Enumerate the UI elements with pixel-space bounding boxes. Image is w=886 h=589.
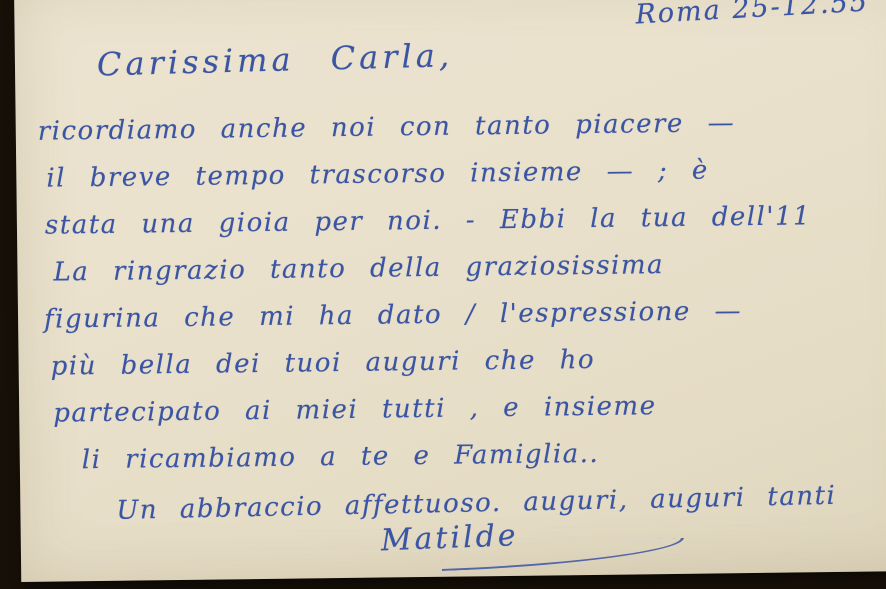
- letter-paper: Roma 25-12.55 Carissima Carla, ricordiam…: [14, 0, 886, 582]
- photo-background: Roma 25-12.55 Carissima Carla, ricordiam…: [0, 0, 886, 589]
- letter-line-8: li ricambiamo a te e Famiglia..: [42, 430, 886, 487]
- letter-salutation: Carissima Carla,: [96, 36, 453, 83]
- letter-signature: Matilde: [380, 518, 519, 558]
- letter-date: Roma 25-12.55: [635, 0, 870, 30]
- letter-body: ricordiamo anche noi con tanto piacere —…: [38, 101, 886, 487]
